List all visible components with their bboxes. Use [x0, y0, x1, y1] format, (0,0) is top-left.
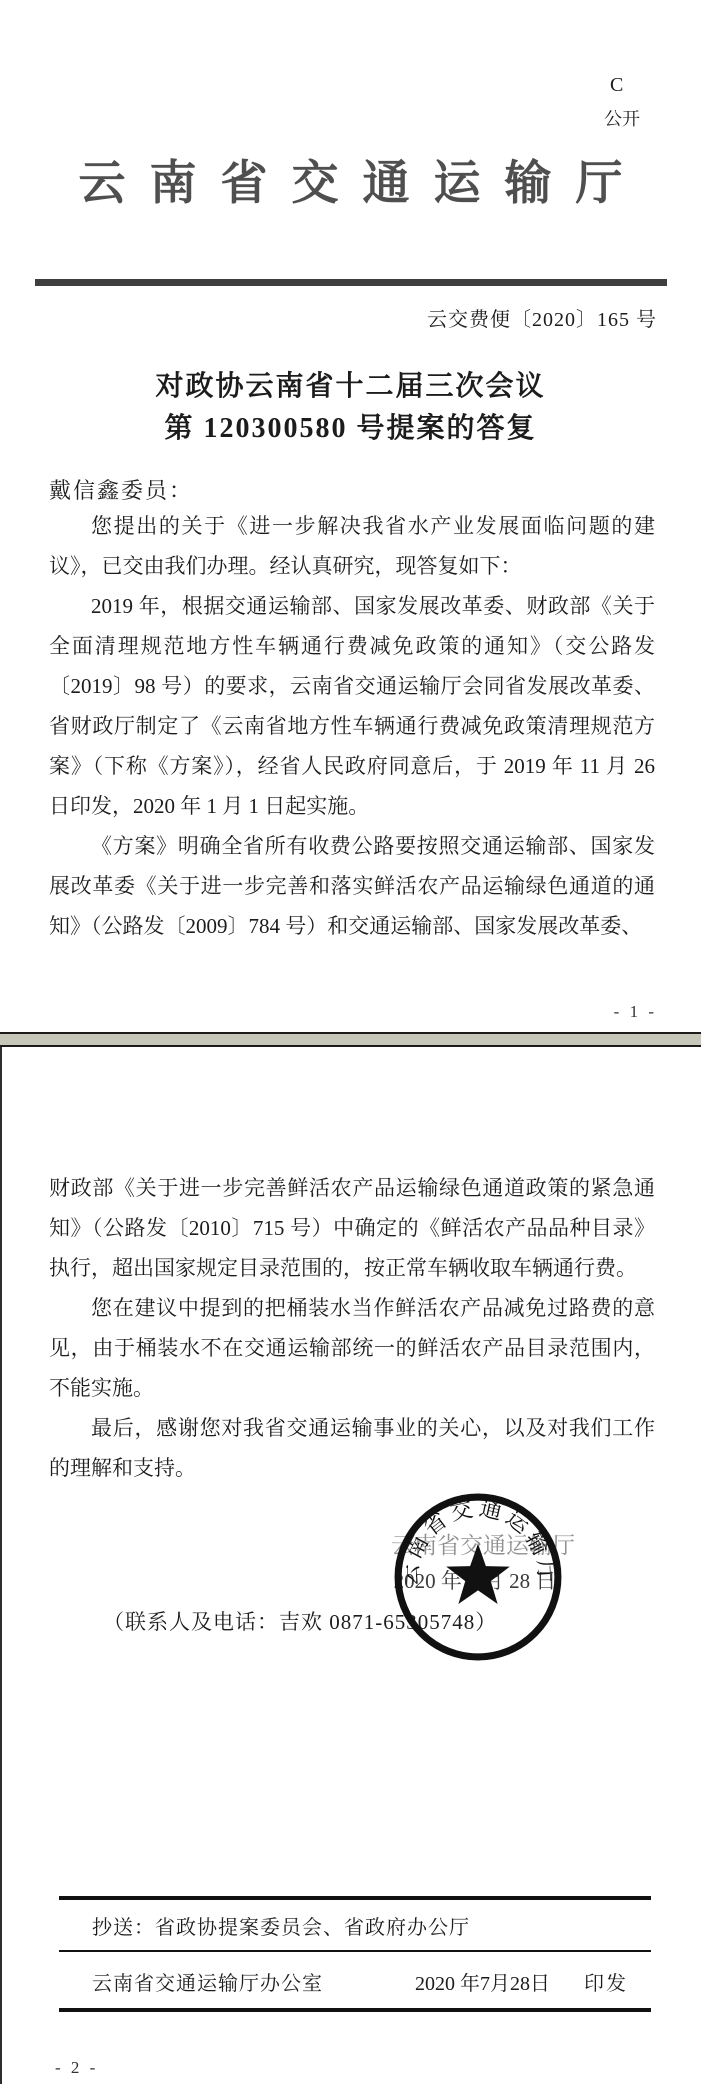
paragraph: 您在建议中提到的把桶装水当作鲜活农产品减免过路费的意见，由于桶装水不在交通运输部… — [49, 1288, 655, 1408]
page1-number: - 1 - — [0, 1002, 657, 1022]
print-date: 2020 年7月28日 — [415, 1967, 550, 1996]
cc-line: 抄送：省政协提案委员会、省政府办公厅 — [92, 1911, 470, 1940]
print-label: 印发 — [584, 1967, 628, 1996]
document-scan: C 公开 云南省交通运输厅 云交费便〔2020〕165 号 对政协云南省十二届三… — [0, 0, 701, 2084]
paragraph: 财政部《关于进一步完善鲜活农产品运输绿色通道政策的紧急通知》（公路发〔2010〕… — [49, 1168, 655, 1288]
paragraph: 2019 年，根据交通运输部、国家发展改革委、财政部《关于全面清理规范地方性车辆… — [49, 586, 655, 826]
page2-left-edge — [0, 1047, 2, 2084]
colophon-rule-bottom — [59, 2008, 651, 2012]
paragraph: 《方案》明确全省所有收费公路要按照交通运输部、国家发展改革委《关于进一步完善和落… — [49, 826, 655, 946]
security-classification: C — [610, 74, 624, 97]
star-icon — [446, 1544, 510, 1604]
colophon-rule-middle — [59, 1950, 651, 1952]
seal-graphic: 云南省交通运输厅 — [390, 1489, 566, 1665]
publicity-label: 公开 — [604, 105, 640, 131]
salutation: 戴信鑫委员： — [49, 474, 193, 505]
paragraph: 您提出的关于《进一步解决我省水产业发展面临问题的建议》，已交由我们办理。经认真研… — [49, 506, 655, 586]
official-seal-stamp: 云南省交通运输厅 — [390, 1489, 566, 1665]
paragraph: 最后，感谢您对我省交通运输事业的关心，以及对我们工作的理解和支持。 — [49, 1408, 655, 1488]
document-title-line1: 对政协云南省十二届三次会议 — [0, 364, 701, 404]
page2-number: - 2 - — [55, 2058, 98, 2078]
letterhead-rule — [35, 279, 667, 286]
agency-letterhead: 云南省交通运输厅 — [0, 146, 701, 213]
issuing-office: 云南省交通运输厅办公室 — [92, 1967, 323, 1996]
document-number: 云交费便〔2020〕165 号 — [0, 303, 657, 332]
page-separator — [0, 1032, 701, 1047]
document-title-line2: 第 120300580 号提案的答复 — [0, 406, 701, 446]
page1-body: 您提出的关于《进一步解决我省水产业发展面临问题的建议》，已交由我们办理。经认真研… — [49, 506, 655, 946]
page2-body: 财政部《关于进一步完善鲜活农产品运输绿色通道政策的紧急通知》（公路发〔2010〕… — [49, 1168, 655, 1488]
colophon-rule-top — [59, 1896, 651, 1900]
